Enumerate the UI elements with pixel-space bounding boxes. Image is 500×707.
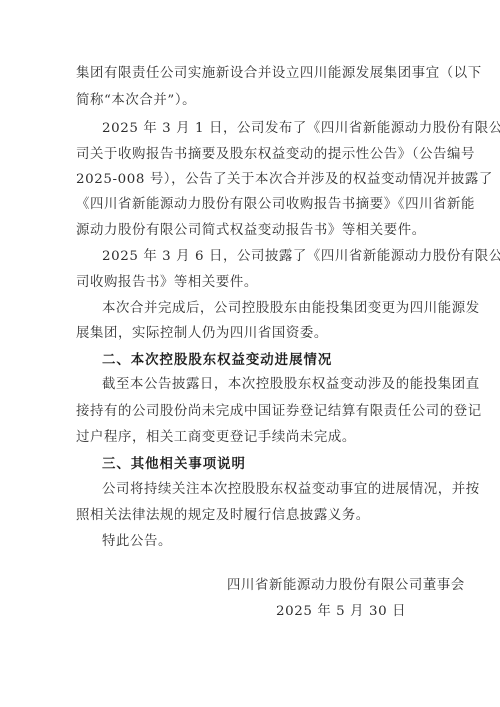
body-text-line: 集团有限责任公司实施新设合并设立四川能源发展集团事宜（以下: [76, 64, 482, 84]
body-text-line: 2025 年 3 月 1 日，公司发布了《四川省新能源动力股份有限公: [102, 119, 500, 139]
body-text-line: 截至本公告披露日，本次控股股东权益变动涉及的能投集团直: [102, 375, 480, 395]
body-text-line: 《四川省新能源动力股份有限公司收购报告书摘要》《四川省新能: [76, 195, 475, 215]
section-heading-2: 二、本次控股股东权益变动进展情况: [102, 350, 332, 370]
body-text-line: 源动力股份有限公司简式权益变动报告书》等相关要件。: [76, 221, 426, 241]
body-text-line: 司收购报告书》等相关要件。: [76, 273, 258, 293]
body-text-line: 2025-008 号），公告了关于本次合并涉及的权益变动情况并披露了: [76, 170, 493, 190]
body-text-line: 简称“本次合并”）。: [76, 91, 196, 111]
closing-text: 特此公告。: [102, 532, 172, 552]
body-text-line: 照相关法律法规的规定及时履行信息披露义务。: [76, 506, 370, 526]
body-text-line: 司关于收购报告书摘要及股东权益变动的提示性公告》（公告编号: [76, 145, 475, 165]
body-text-line: 展集团，实际控制人仍为四川省国资委。: [76, 324, 328, 344]
body-text-line: 接持有的公司股份尚未完成中国证券登记结算有限责任公司的登记: [76, 402, 482, 422]
signature-date: 2025 年 5 月 30 日: [276, 602, 406, 622]
body-text-line: 2025 年 3 月 6 日，公司披露了《四川省新能源动力股份有限公: [102, 247, 500, 267]
signature-issuer: 四川省新能源动力股份有限公司董事会: [227, 576, 465, 596]
body-text-line: 公司将持续关注本次控股股东权益变动事宜的进展情况，并按: [102, 480, 480, 500]
body-text-line: 过户程序，相关工商变更登记手续尚未完成。: [76, 428, 356, 448]
body-text-line: 本次合并完成后，公司控股股东由能投集团变更为四川能源发: [102, 299, 480, 319]
section-heading-3: 三、其他相关事项说明: [102, 454, 246, 474]
